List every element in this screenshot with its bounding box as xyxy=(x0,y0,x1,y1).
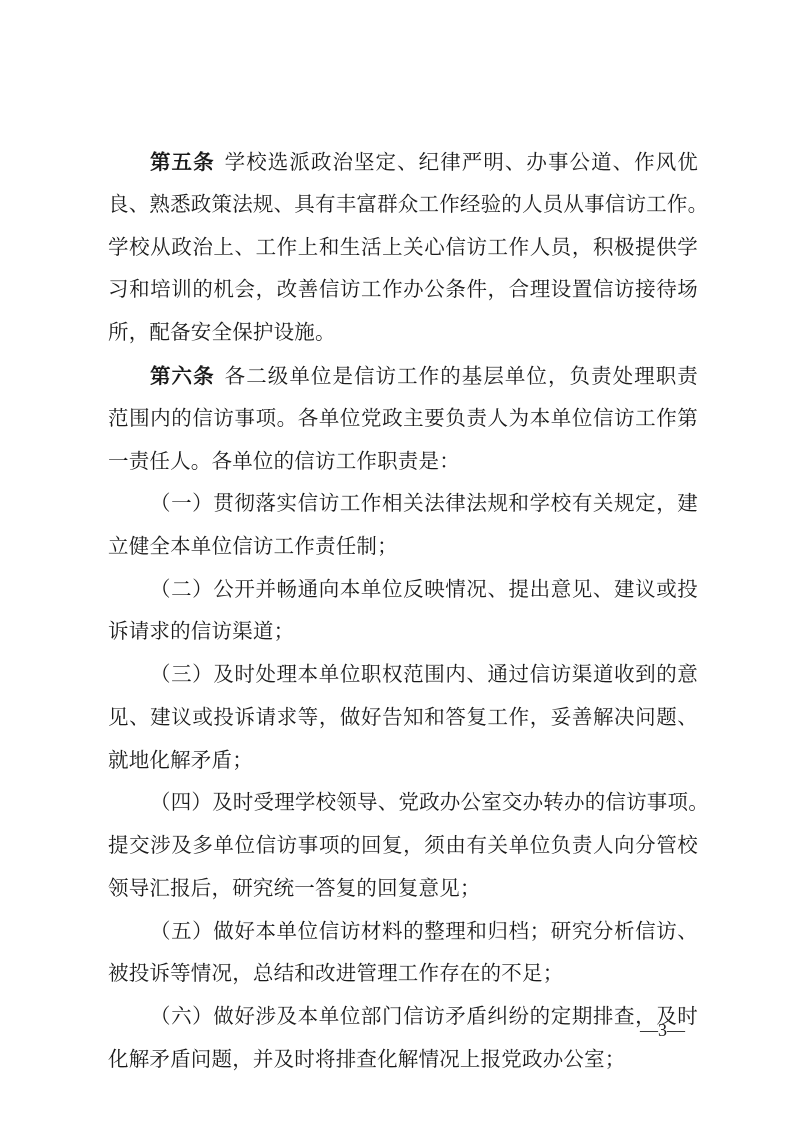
item-4-line-2: 提交涉及多单位信访事项的回复，须由有关单位负责人向分管校 xyxy=(108,831,698,859)
page-number: —3— xyxy=(640,1020,685,1041)
item-6-line-2: 化解矛盾问题，并及时将排查化解情况上报党政办公室； xyxy=(108,1045,698,1073)
item-5-line-2: 被投诉等情况，总结和改进管理工作存在的不足； xyxy=(108,959,698,987)
item-5-line-1: （五）做好本单位信访材料的整理和归档；研究分析信访、 xyxy=(150,917,698,945)
item-4-line-3: 领导汇报后，研究统一答复的回复意见； xyxy=(108,874,698,902)
article-5-heading: 第五条 xyxy=(150,150,215,174)
article-6-line-3: 一责任人。各单位的信访工作职责是： xyxy=(108,447,698,475)
item-2-line-1: （二）公开并畅通向本单位反映情况、提出意见、建议或投 xyxy=(150,575,698,603)
item-2-line-2: 诉请求的信访渠道； xyxy=(108,617,698,645)
item-3-line-3: 就地化解矛盾； xyxy=(108,746,698,774)
item-1-line-2: 立健全本单位信访工作责任制； xyxy=(108,532,698,560)
article-5-line-2: 良、熟悉政策法规、具有丰富群众工作经验的人员从事信访工作。 xyxy=(108,190,698,218)
article-5-line-4: 习和培训的机会，改善信访工作办公条件，合理设置信访接待场 xyxy=(108,275,698,303)
article-5-line-5: 所，配备安全保护设施。 xyxy=(108,318,698,346)
article-6-heading: 第六条 xyxy=(150,364,215,388)
article-6-line-1: 第六条各二级单位是信访工作的基层单位，负责处理职责 xyxy=(150,362,698,390)
article-6-line-2: 范围内的信访事项。各单位党政主要负责人为本单位信访工作第 xyxy=(108,404,698,432)
item-6-line-1: （六）做好涉及本单位部门信访矛盾纠纷的定期排查，及时 xyxy=(150,1002,698,1030)
document-page: 第五条学校选派政治坚定、纪律严明、办事公道、作风优 良、熟悉政策法规、具有丰富群… xyxy=(0,0,793,1122)
article-5-line-1: 第五条学校选派政治坚定、纪律严明、办事公道、作风优 xyxy=(150,148,698,176)
item-4-line-1: （四）及时受理学校领导、党政办公室交办转办的信访事项。 xyxy=(150,788,698,816)
article-5-line-3: 学校从政治上、工作上和生活上关心信访工作人员，积极提供学 xyxy=(108,233,698,261)
item-3-line-2: 见、建议或投诉请求等，做好告知和答复工作，妥善解决问题、 xyxy=(108,703,698,731)
item-3-line-1: （三）及时处理本单位职权范围内、通过信访渠道收到的意 xyxy=(150,660,698,688)
item-1-line-1: （一）贯彻落实信访工作相关法律法规和学校有关规定，建 xyxy=(150,489,698,517)
